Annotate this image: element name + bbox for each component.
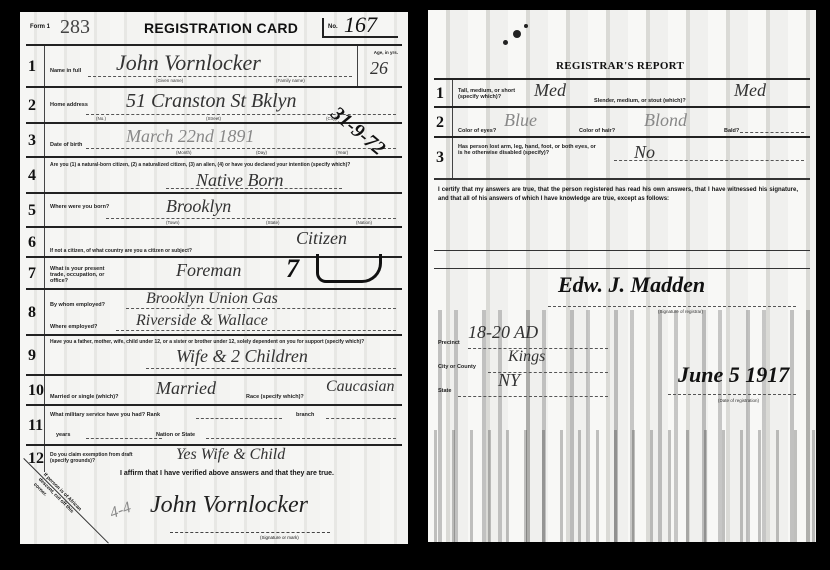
form-label: Form 1 [30,24,50,30]
field-7-occupation: 7 What is your present trade, occupation… [26,256,402,290]
report-value-hair: Blond [644,110,687,131]
field-value-marital: Married [156,378,216,399]
age-value: 26 [370,58,388,79]
field-value-name: John Vornlocker [116,50,261,76]
report-value-build: Med [734,80,766,101]
field-value-exemption: Yes Wife & Child [176,446,285,464]
report-value-height: Med [534,80,566,101]
field-5-birthplace: 5 Where were you born? Brooklyn (Town) (… [26,192,402,228]
report-field-2-coloring: 2 Color of eyes? Blue Color of hair? Blo… [434,106,810,138]
registration-card: Form 1 283 REGISTRATION CARD No. 167 1 N… [20,12,408,544]
field-value-employer: Brooklyn Union Gas [146,290,278,308]
card-number-label: No. [328,24,338,30]
field-value-occupation: Foreman [176,260,241,281]
corner-mark: 4-4 [108,499,134,523]
corner-instruction: If person is of African descent, cut off… [31,472,88,529]
precinct-value: 18-20 AD [468,322,538,343]
registrars-report: REGISTRAR'S REPORT 1 Tall, medium, or sh… [428,10,816,542]
registrant-signature: John Vornlocker [150,492,308,519]
date-caption: (Date of registration) [718,398,759,403]
city-value: Kings [508,348,545,366]
city-label: City or County [438,364,476,370]
field-11-military: 11 What military service have you had? R… [26,404,402,446]
precinct-label: Precinct [438,340,460,346]
registrar-signature-caption: (Signature of registrar) [658,309,703,314]
card-number: 167 [344,12,377,38]
field-value-address: 51 Cranston St Bklyn [126,90,297,113]
field-value-race: Caucasian [326,378,394,396]
card-title: REGISTRATION CARD [144,20,298,36]
field-value-birthplace: Brooklyn [166,196,231,217]
certification-text: I certify that my answers are true, that… [438,186,798,204]
state-value: NY [498,370,520,391]
field-value-dob: March 22nd 1891 [126,126,254,147]
field-value-dependents: Wife & 2 Children [176,346,308,367]
field-value-work-location: Riverside & Wallace [136,312,268,330]
report-field-1-build: 1 Tall, medium, or short (specify which)… [434,78,810,108]
serial-number: 283 [60,16,90,39]
report-value-eyes: Blue [504,110,537,131]
field-4-citizenship: 4 Are you (1) a natural-born citizen, (2… [26,156,402,194]
state-label: State [438,388,451,394]
field-10-marital-race: 10 Married or single (which)? Married Ra… [26,374,402,406]
field-value-country: Citizen [296,228,347,249]
affirmation-text: I affirm that I have verified above answ… [120,470,334,477]
field-12-exemption: 12 Do you claim exemption from draft (sp… [26,444,402,472]
report-field-3-disability: 3 Has person lost arm, leg, hand, foot, … [434,136,810,178]
card-number-box: No. 167 [322,18,398,38]
field-label: Name in full [50,68,81,74]
field-9-dependents: 9 Have you a father, mother, wife, child… [26,334,402,376]
signature-caption: (Signature or mark) [260,535,299,540]
registration-date: June 5 1917 [678,362,789,388]
field-8-employer: 8 By whom employed? Brooklyn Union Gas W… [26,288,402,336]
report-title: REGISTRAR'S REPORT [556,60,684,72]
occupation-annotation: 7 [286,254,299,284]
field-1-name: 1 Name in full John Vornlocker (Given na… [26,44,402,88]
registrar-signature: Edw. J. Madden [558,272,705,298]
field-3-date-of-birth: 3 Date of birth March 22nd 1891 (Month) … [26,122,402,158]
